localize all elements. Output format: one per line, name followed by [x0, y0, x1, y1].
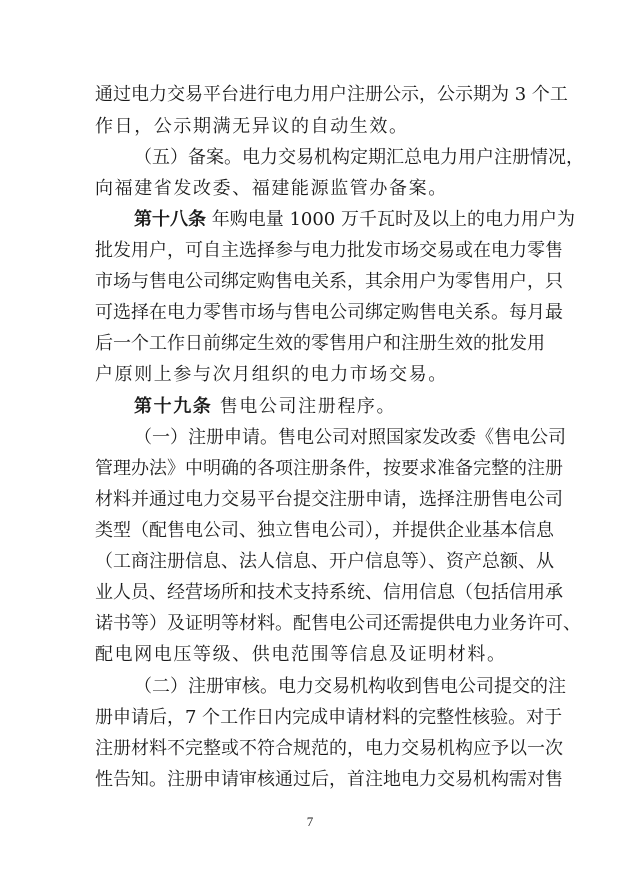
line-text: 业人员、经营场所和技术支持系统、信用信息（包括信用承: [95, 582, 563, 603]
text-line: （五）备案。电力交易机构定期汇总电力用户注册情况，: [134, 147, 526, 169]
line-text: 向福建省发改委、福建能源监管办备案。: [95, 178, 448, 199]
line-text: （五）备案。电力交易机构定期汇总电力用户注册情况，: [134, 147, 584, 168]
text-line: 通过电力交易平台进行电力用户注册公示，公示期为 3 个工: [95, 84, 526, 106]
line-text: 户原则上参与次月组织的电力市场交易。: [95, 364, 448, 385]
article-heading-line: 第十八条 年购电量 1000 万千瓦时及以上的电力用户为: [134, 209, 526, 231]
text-line: 户原则上参与次月组织的电力市场交易。: [95, 364, 526, 386]
text-line: 向福建省发改委、福建能源监管办备案。: [95, 178, 526, 200]
line-text: 材料并通过电力交易平台提交注册申请，选择注册售电公司: [95, 489, 563, 510]
text-line: 诺书等）及证明等材料。配售电公司还需提供电力业务许可、: [95, 613, 526, 635]
line-text: 可选择在电力零售市场与售电公司绑定购售电关系。每月最: [95, 302, 563, 323]
text-line: 材料并通过电力交易平台提交注册申请，选择注册售电公司: [95, 489, 526, 511]
text-line: 类型（配售电公司、独立售电公司），并提供企业基本信息: [95, 520, 526, 542]
text-line: 册申请后，7 个工作日内完成申请材料的完整性核验。对于: [95, 707, 526, 729]
text-line: （工商注册信息、法人信息、开户信息等）、资产总额、从: [95, 551, 526, 573]
line-text: （二）注册审核。电力交易机构收到售电公司提交的注: [134, 676, 566, 697]
text-line: 可选择在电力零售市场与售电公司绑定购售电关系。每月最: [95, 302, 526, 324]
line-text: 注册材料不完整或不符合规范的，电力交易机构应予以一次: [95, 738, 563, 759]
article-heading-line: 第十九条 售电公司注册程序。: [134, 396, 526, 418]
line-text: 售电公司注册程序。: [212, 396, 396, 417]
line-text: 年购电量 1000 万千瓦时及以上的电力用户为: [206, 209, 575, 230]
text-line: 业人员、经营场所和技术支持系统、信用信息（包括信用承: [95, 582, 526, 604]
line-text: 作日，公示期满无异议的自动生效。: [95, 116, 409, 137]
line-text: 后一个工作日前绑定生效的零售用户和注册生效的批发用: [95, 333, 545, 354]
line-text: 配电网电压等级、供电范围等信息及证明材料。: [95, 644, 507, 665]
text-line: 后一个工作日前绑定生效的零售用户和注册生效的批发用: [95, 333, 526, 355]
text-line: 性告知。注册申请审核通过后，首注地电力交易机构需对售: [95, 769, 526, 791]
line-text: 类型（配售电公司、独立售电公司），并提供企业基本信息: [95, 520, 554, 541]
line-text: 通过电力交易平台进行电力用户注册公示，公示期为 3 个工: [95, 84, 568, 105]
text-line: 批发用户，可自主选择参与电力批发市场交易或在电力零售: [95, 240, 526, 262]
line-text: （工商注册信息、法人信息、开户信息等）、资产总额、从: [95, 551, 554, 572]
text-line: 作日，公示期满无异议的自动生效。: [95, 116, 526, 138]
document-page: 通过电力交易平台进行电力用户注册公示，公示期为 3 个工 作日，公示期满无异议的…: [0, 0, 620, 876]
line-text: 管理办法》中明确的各项注册条件，按要求准备完整的注册: [95, 458, 563, 479]
text-line: （二）注册审核。电力交易机构收到售电公司提交的注: [134, 676, 526, 698]
text-line: 注册材料不完整或不符合规范的，电力交易机构应予以一次: [95, 738, 526, 760]
line-text: 册申请后，7 个工作日内完成申请材料的完整性核验。对于: [95, 707, 562, 728]
page-number: 7: [0, 814, 620, 830]
text-line: 市场与售电公司绑定购售电关系，其余用户为零售用户，只: [95, 271, 526, 293]
text-line: 配电网电压等级、供电范围等信息及证明材料。: [95, 644, 526, 666]
line-text: 批发用户，可自主选择参与电力批发市场交易或在电力零售: [95, 240, 563, 261]
text-line: 管理办法》中明确的各项注册条件，按要求准备完整的注册: [95, 458, 526, 480]
line-text: （一）注册申请。售电公司对照国家发改委《售电公司: [134, 427, 566, 448]
article-label: 第十八条: [134, 209, 206, 230]
text-line: （一）注册申请。售电公司对照国家发改委《售电公司: [134, 427, 526, 449]
line-text: 性告知。注册申请审核通过后，首注地电力交易机构需对售: [95, 769, 563, 790]
article-label: 第十九条: [134, 396, 212, 417]
line-text: 市场与售电公司绑定购售电关系，其余用户为零售用户，只: [95, 271, 563, 292]
line-text: 诺书等）及证明等材料。配售电公司还需提供电力业务许可、: [95, 613, 581, 634]
